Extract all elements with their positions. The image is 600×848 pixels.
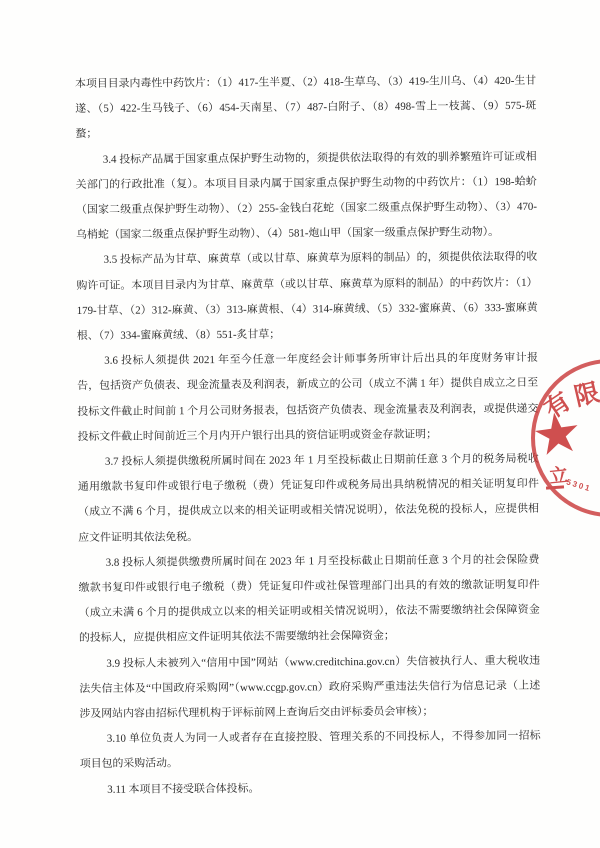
paragraph-3-9: 3.9 投标人未被列入“信用中国”网站（www.creditchina.gov.… (79, 648, 541, 727)
paragraph-3-11: 3.11 本项目不接受联合体投标。 (80, 774, 541, 802)
paragraph-3-7: 3.7 投标人须提供缴税所属时间在 2023 年 1 月至投标截止日期前任意 3… (78, 447, 540, 551)
scanned-document-page: 本项目目录内毒性中药饮片：（1）417-生半夏、（2）418-生草乌、（3）41… (0, 0, 600, 848)
document-body: 本项目目录内毒性中药饮片：（1）417-生半夏、（2）418-生草乌、（3）41… (75, 69, 541, 803)
paragraph-3-10: 3.10 单位负责人为同一人或者存在直接控股、管理关系的不同投标人，不得参加同一… (80, 724, 541, 778)
paragraph-3-8: 3.8 投标人须提供缴费所属时间在 2023 年 1 月至投标截止日期前任意 3… (78, 548, 540, 652)
paragraph-toxic-herbs-list: 本项目目录内毒性中药饮片：（1）417-生半夏、（2）418-生草乌、（3）41… (75, 69, 537, 148)
star-icon: ★ (528, 402, 586, 466)
paragraph-3-5: 3.5 投标产品为甘草、麻黄草（或以甘草、麻黄草为原料的制品）的，须提供依法取得… (76, 245, 538, 349)
company-seal: 有 限 ★ 立 5301 (531, 359, 600, 521)
paragraph-3-6: 3.6 投标人须提供 2021 年至今任意一年度经会计师事务所审计后出具的年度财… (77, 346, 539, 450)
paragraph-3-4: 3.4 投标产品属于国家重点保护野生动物的，须提供依法取得的有效的驯养繁殖许可证… (76, 144, 538, 248)
